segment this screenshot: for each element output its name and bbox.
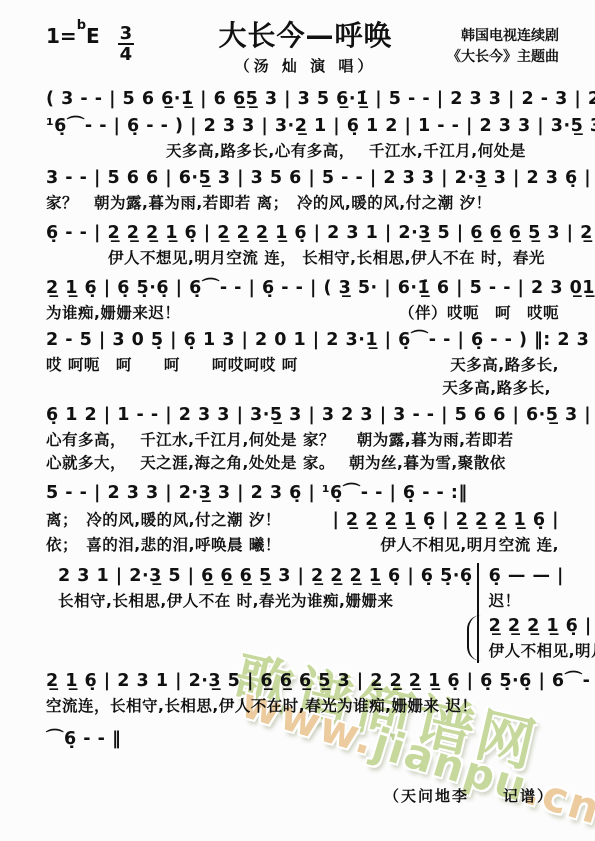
music-line-11-final: ⌒6̣ - - ‖ [46,726,559,753]
lyric-line-2: 天多高,路多长,心有多高， 千江水,千江月,何处是 [46,140,559,163]
source-line-2: 《大长今》主题曲 [407,47,559,68]
music-line-5: 2̲ 1̲ 6̣ | 6̣ 5̣·6̣ | 6̣⌒- - | 6̣ - - | … [46,275,559,302]
music-line-4: 6̣ - - | 2̲ 2̲ 2̲ 1̲ 6̣ | 2̲ 2̲ 2̲ 1̲ 6̣… [46,220,559,247]
music-line-2: ¹6̣⌒- - | 6̣ - - ) | 2 3 3 | 3·2̲ 1 | 6̣… [46,113,559,140]
lyric-line-6-verse2: 天多高,路多长, [46,377,559,400]
meter-denominator: 4 [118,43,135,64]
backing-music-fragment: | 2̲ 2̲ 2̲ 1̲ 6̣ | 2̲ 2̲ 2̲ 1̲ 6̣ | [332,507,559,534]
music-line-10: 2̲ 1̲ 6̣ | 2 3 1 | 2·3̲ 5 | 6̲ 6̲ 6̲ 5̲ … [46,668,559,695]
source-credit: 韩国电视连续剧 《大长今》主题曲 [407,14,559,68]
lyric-line-7-verse1: 心有多高， 千江水,千江月,何处是 家？ 朝为露,暮为雨,若即若 [46,429,559,452]
lyric-line-8-verse1: 离； 冷的风,暖的风,付之潮 汐！ [46,509,281,532]
music-line-1: ( 3 - - | 5 6 6̲·1̲̇ | 6 6̲5̲ 3 | 3 5 6̲… [46,86,559,113]
lyric-row-8a: 离； 冷的风,暖的风,付之潮 汐！ | 2̲ 2̲ 2̲ 1̲ 6̣ | 2̲ … [46,507,559,534]
music-line-9: 2 3 1 | 2·3̲ 5 | 6̲ 6̲ 6̲ 5̲ 3 | 2̲ 2̲ 2… [58,563,473,590]
sheet-music-page: 歌谱简谱网 www.jianpu.cn 1=bE 3 4 大长今—呼唤 （汤 灿… [0,0,595,841]
performer-subtitle: （汤 灿 演 唱） [204,55,407,76]
stack-lyric-bottom: 伊人不相见,明月 [489,639,595,663]
meter-numerator: 3 [120,24,133,43]
system-9: 2 3 1 | 2·3̲ 5 | 6̲ 6̲ 6̲ 5̲ 3 | 2̲ 2̲ 2… [46,563,559,663]
lyric-row-5: 为谁痴,姗姗来迟！ （伴）哎呃 呵 哎呃 [46,302,559,325]
stack-music-top: 6̣ — — | [489,563,595,589]
flat-sign: b [77,18,86,33]
music-line-8: 5 - - | 2 3 3 | 2·3̲ 3 | 2 3 6̣ | ¹6̣⌒- … [46,480,559,507]
score-content: 1=bE 3 4 大长今—呼唤 （汤 灿 演 唱） 韩国电视连续剧 《大长今》主… [0,0,595,841]
source-line-1: 韩国电视连续剧 [407,26,559,47]
title-block: 大长今—呼唤 （汤 灿 演 唱） [204,14,407,76]
stack-brace [467,615,481,661]
score-body: ( 3 - - | 5 6 6̲·1̲̇ | 6 6̲5̲ 3 | 3 5 6̲… [46,86,559,806]
time-signature: 3 4 [118,24,135,65]
lyric-row-8b: 依； 喜的泪,悲的泪,呼唤晨 曦！ 伊人不相见,明月空流 连, [46,534,559,557]
lyric-line-3: 家？ 朝为露,暮为雨,若即若 离； 冷的风,暖的风,付之潮 汐！ [46,192,559,215]
lyric-row-6a: 哎 呵呃 呵 呵 呵哎呵哎 呵 天多高,路多长, [46,354,559,377]
lyric-line-7-verse2: 心就多大， 天之涯,海之角,处处是 家。 朝为丝,暮为雪,聚散依 [46,452,559,475]
lyric-line-6-verse1: 天多高,路多长, [450,354,559,377]
music-line-3: 3 - - | 5 6 6 | 6·5̲ 3 | 3 5 6 | 5 - - |… [46,165,559,192]
stack-lyric-top: 迟！ [489,589,595,613]
system-9-main: 2 3 1 | 2·3̲ 5 | 6̲ 6̲ 6̲ 5̲ 3 | 2̲ 2̲ 2… [46,563,473,613]
stack-music-bottom: 2̲ 2̲ 2̲ 1̲ 6̣ | 2̲ 2̲ [489,613,595,639]
lyric-line-4: 伊人不想见,明月空流 连， 长相守,长相思,伊人不在 时，春光 [46,247,559,270]
music-line-7: 6̣ 1 2 | 1 - - | 2 3 3 | 3·5̲ 3 | 3 2 3 … [46,402,559,429]
ending-stack: 6̣ — — | 迟！ 2̲ 2̲ 2̲ 1̲ 6̣ | 2̲ 2̲ 伊人不相见… [477,563,595,663]
lyric-line-5-backing: （伴）哎呃 呵 哎呃 [399,302,559,325]
lyric-line-8-verse2: 依； 喜的泪,悲的泪,呼唤晨 曦！ [46,534,281,557]
lyric-line-6-vocalise: 哎 呵呃 呵 呵 呵哎呵哎 呵 [46,354,298,377]
lyric-line-9: 长相守,长相思,伊人不在 时,春光为谁痴,姗姗来 [58,590,473,613]
key-signature: 1=bE [46,24,100,48]
backing-lyric-fragment: 伊人不相见,明月空流 连, [380,534,559,557]
key-and-meter: 1=bE 3 4 [46,14,204,65]
music-line-6: 2 - 5 | 3 0 5̣ | 6̣ 1 3 | 2 0 1 | 2 3·1̲… [46,327,559,354]
transcriber-credit: （天问地李 记谱） [46,785,559,806]
lyric-line-5-lead: 为谁痴,姗姗来迟！ [46,302,180,325]
lyric-line-10: 空流连，长相守,长相思,伊人不在时,春光为谁痴,姗姗来 迟！ [46,695,559,718]
header: 1=bE 3 4 大长今—呼唤 （汤 灿 演 唱） 韩国电视连续剧 《大长今》主… [46,14,559,76]
page-title: 大长今—呼唤 [204,14,407,54]
